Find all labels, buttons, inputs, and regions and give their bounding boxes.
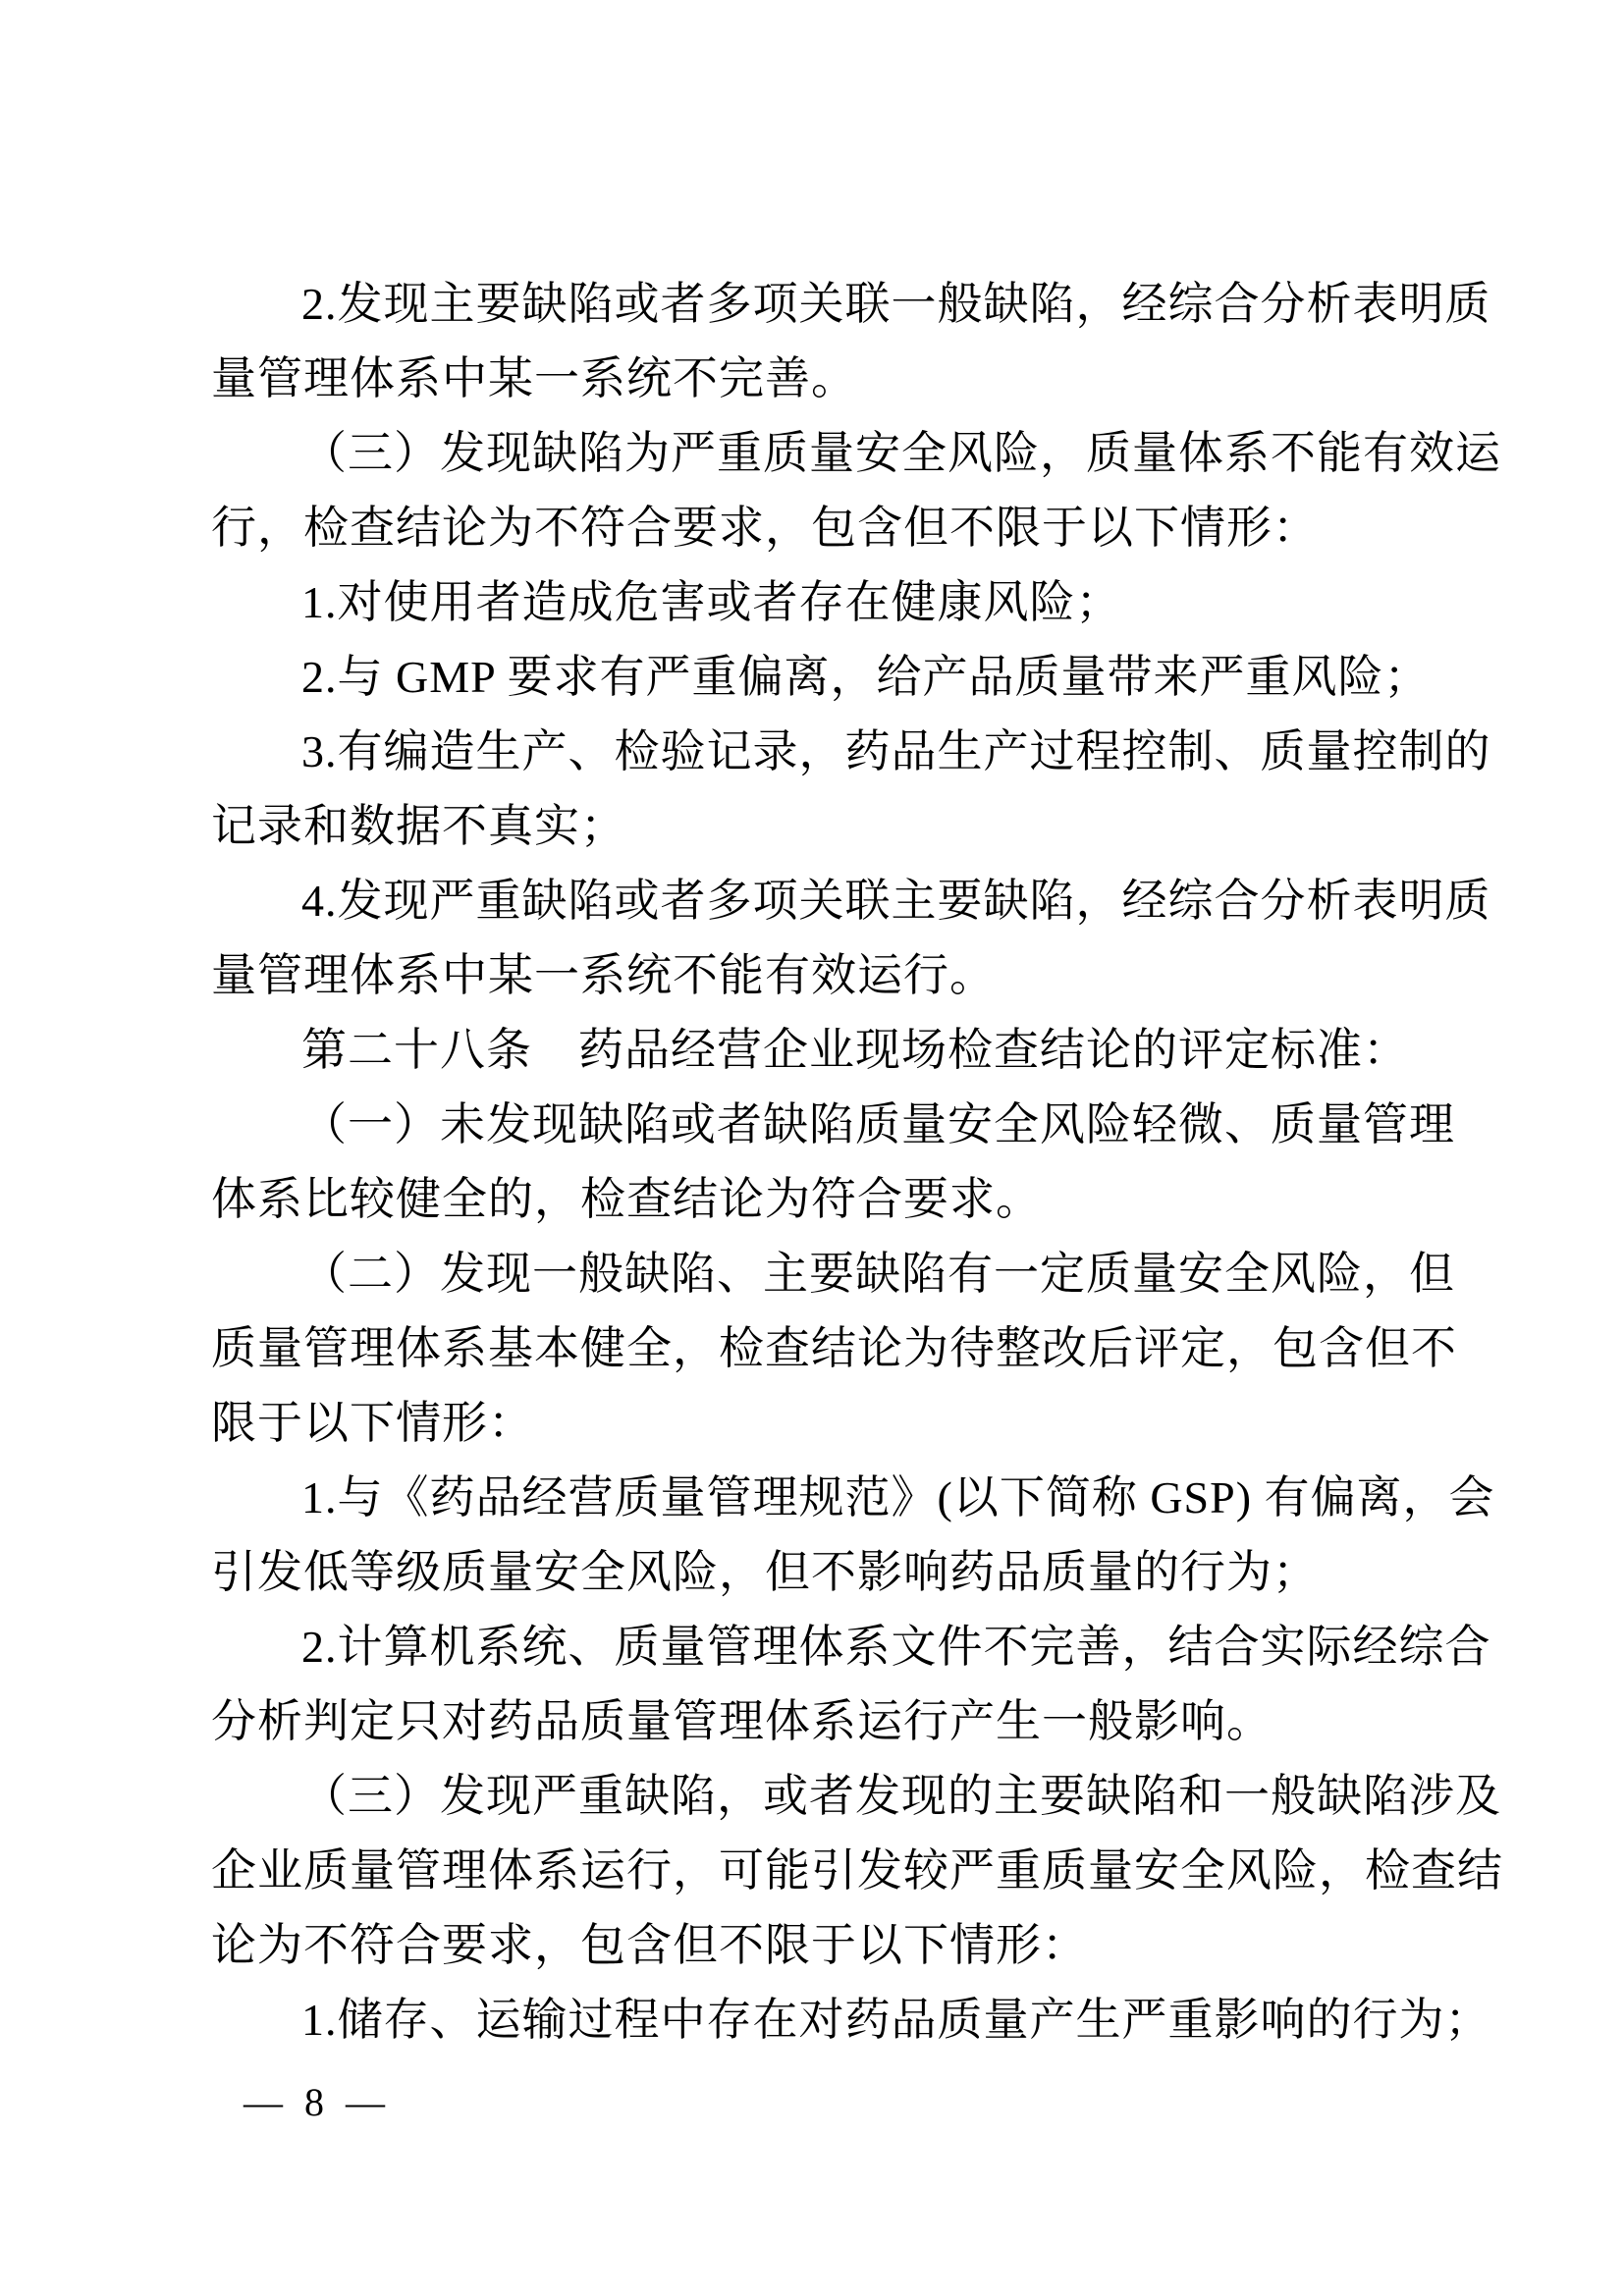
text-line: 行，检查结论为不符合要求，包含但不限于以下情形： [211,491,1419,565]
text-line: 量管理体系中某一系统不能有效运行。 [211,938,1419,1013]
text-line: 引发低等级质量安全风险，但不影响药品质量的行为； [211,1535,1419,1610]
text-line: 1.对使用者造成危害或者存在健康风险； [211,565,1419,640]
text-line: 量管理体系中某一系统不完善。 [211,342,1419,416]
text-line: 论为不符合要求，包含但不限于以下情形： [211,1908,1419,1983]
text-line: （三）发现缺陷为严重质量安全风险，质量体系不能有效运 [211,416,1419,491]
text-line: 分析判定只对药品质量管理体系运行产生一般影响。 [211,1684,1419,1759]
text-line: 记录和数据不真实； [211,789,1419,864]
text-line: 2.计算机系统、质量管理体系文件不完善，结合实际经综合 [211,1610,1419,1684]
text-line: （二）发现一般缺陷、主要缺陷有一定质量安全风险，但 [211,1237,1419,1311]
text-line: 1.储存、运输过程中存在对药品质量产生严重影响的行为； [211,1983,1419,2057]
text-line: 限于以下情形： [211,1386,1419,1461]
text-line: （三）发现严重缺陷，或者发现的主要缺陷和一般缺陷涉及 [211,1759,1419,1834]
text-line: 4.发现严重缺陷或者多项关联主要缺陷，经综合分析表明质 [211,864,1419,938]
document-page: 2.发现主要缺陷或者多项关联一般缺陷，经综合分析表明质 量管理体系中某一系统不完… [0,0,1624,2296]
article-heading-line: 第二十八条 药品经营企业现场检查结论的评定标准： [211,1013,1419,1088]
text-line: （一）未发现缺陷或者缺陷质量安全风险轻微、质量管理 [211,1088,1419,1162]
text-line: 1.与《药品经营质量管理规范》(以下简称 GSP) 有偏离，会 [211,1461,1419,1535]
text-line: 3.有编造生产、检验记录，药品生产过程控制、质量控制的 [211,715,1419,789]
page-number: — 8 — [244,2079,391,2125]
text-line: 2.发现主要缺陷或者多项关联一般缺陷，经综合分析表明质 [211,267,1419,342]
document-body: 2.发现主要缺陷或者多项关联一般缺陷，经综合分析表明质 量管理体系中某一系统不完… [211,267,1419,2057]
text-line: 体系比较健全的，检查结论为符合要求。 [211,1162,1419,1237]
text-line: 质量管理体系基本健全，检查结论为待整改后评定，包含但不 [211,1311,1419,1386]
text-line: 2.与 GMP 要求有严重偏离，给产品质量带来严重风险； [211,640,1419,715]
text-line: 企业质量管理体系运行，可能引发较严重质量安全风险，检查结 [211,1834,1419,1908]
